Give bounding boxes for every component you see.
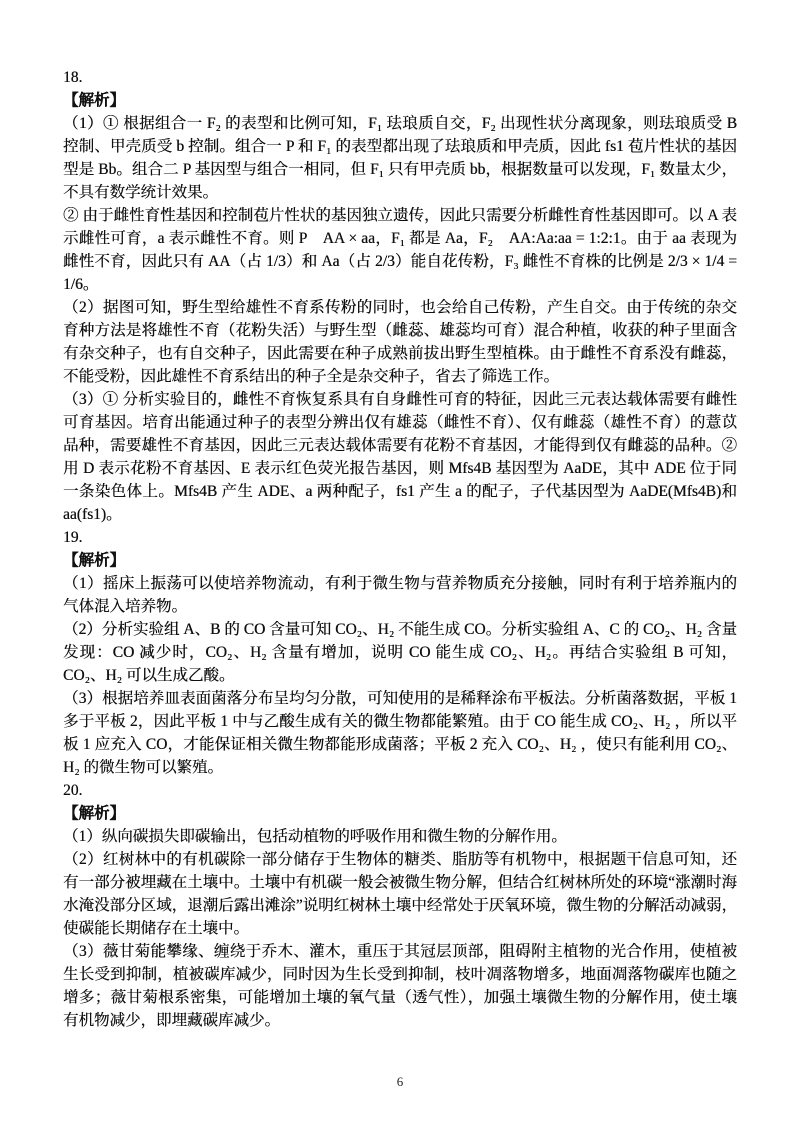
analysis-paragraph-20-2: （2）红树林中的有机碳除一部分储存于生物体的糖类、脂肪等有机物中，根据题干信息可… bbox=[63, 848, 737, 940]
analysis-label-20: 【解析】 bbox=[63, 802, 737, 825]
analysis-paragraph-19-1: （1）摇床上振荡可以使培养物流动，有利于微生物与营养物质充分接触，同时有利于培养… bbox=[63, 572, 737, 618]
question-number-19: 19. bbox=[63, 526, 737, 549]
analysis-paragraph-20-3: （3）薇甘菊能攀缘、缠绕于乔木、灌木，重压于其冠层顶部，阻碍附主植物的光合作用，… bbox=[63, 940, 737, 1032]
document-page: 18. 【解析】 （1）① 根据组合一 F₂ 的表型和比例可知，F₁ 珐琅质自交… bbox=[0, 0, 800, 1131]
analysis-paragraph-18-3: （2）据图可知，野生型给雄性不育系传粉的同时，也会给自己传粉，产生自交。由于传统… bbox=[63, 296, 737, 388]
analysis-paragraph-18-2: ② 由于雌性育性基因和控制苞片性状的基因独立遗传，因此只需要分析雌性育性基因即可… bbox=[63, 204, 737, 296]
analysis-paragraph-20-1: （1）纵向碳损失即碳输出，包括动植物的呼吸作用和微生物的分解作用。 bbox=[63, 825, 737, 848]
question-20-analysis: 20. 【解析】 （1）纵向碳损失即碳输出，包括动植物的呼吸作用和微生物的分解作… bbox=[63, 779, 737, 1032]
analysis-paragraph-19-2: （2）分析实验组 A、B 的 CO 含量可知 CO₂、H₂ 不能生成 CO。分析… bbox=[63, 618, 737, 687]
analysis-paragraph-18-4: （3）① 分析实验目的，雌性不育恢复系具有自身雌性可育的特征，因此三元表达载体需… bbox=[63, 388, 737, 526]
analysis-label-18: 【解析】 bbox=[63, 89, 737, 112]
question-number-20: 20. bbox=[63, 779, 737, 802]
question-18-analysis: 18. 【解析】 （1）① 根据组合一 F₂ 的表型和比例可知，F₁ 珐琅质自交… bbox=[63, 66, 737, 526]
question-number-18: 18. bbox=[63, 66, 737, 89]
question-19-analysis: 19. 【解析】 （1）摇床上振荡可以使培养物流动，有利于微生物与营养物质充分接… bbox=[63, 526, 737, 779]
page-number: 6 bbox=[0, 1074, 800, 1090]
analysis-label-19: 【解析】 bbox=[63, 549, 737, 572]
analysis-paragraph-18-1: （1）① 根据组合一 F₂ 的表型和比例可知，F₁ 珐琅质自交，F₂ 出现性状分… bbox=[63, 112, 737, 204]
analysis-paragraph-19-3: （3）根据培养皿表面菌落分布呈均匀分散，可知使用的是稀释涂布平板法。分析菌落数据… bbox=[63, 687, 737, 779]
